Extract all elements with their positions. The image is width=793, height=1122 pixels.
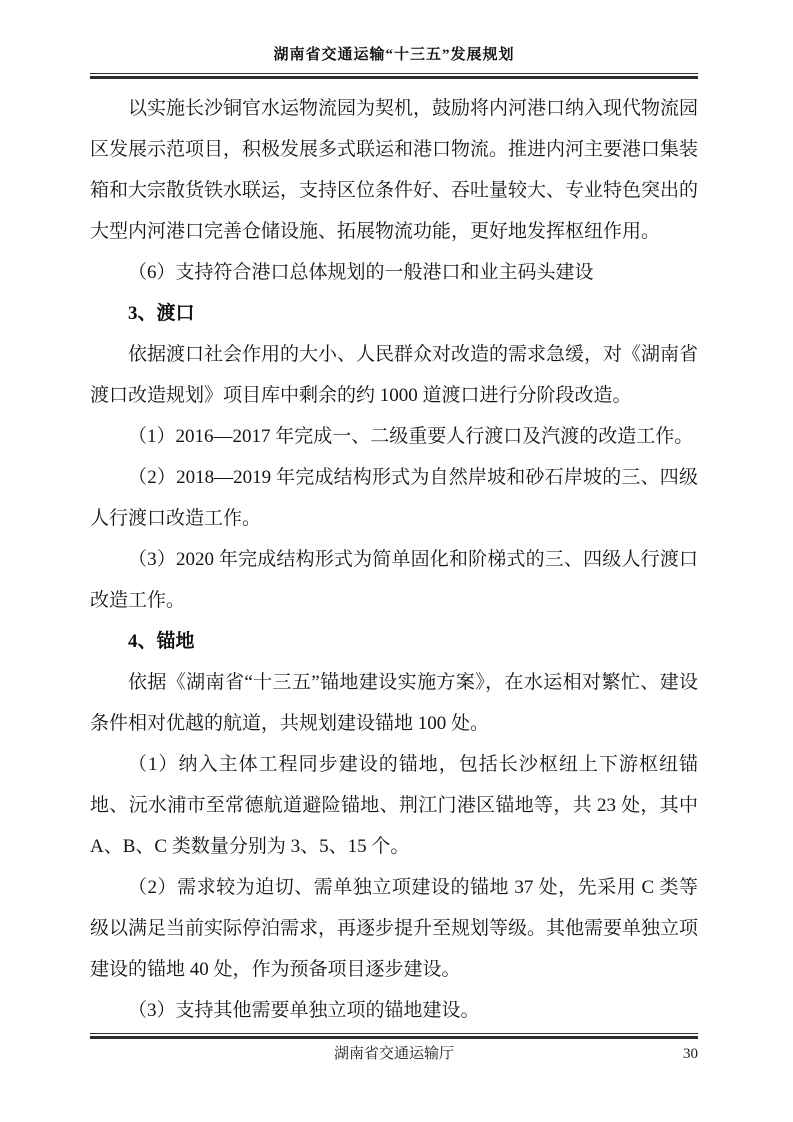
header-rule <box>90 73 698 79</box>
header-rule-thick-line <box>90 76 698 79</box>
document-page: 湖南省交通运输“十三五”发展规划 以实施长沙铜官水运物流园为契机，鼓励将内河港口… <box>0 0 793 1122</box>
page-footer: 湖南省交通运输厅 30 <box>90 1033 698 1066</box>
page-header: 湖南省交通运输“十三五”发展规划 <box>90 42 698 79</box>
section-heading-ferries: 3、渡口 <box>90 293 698 334</box>
paragraph: （3）2020 年完成结构形式为简单固化和阶梯式的三、四级人行渡口改造工作。 <box>90 539 698 621</box>
paragraph: （1）2016—2017 年完成一、二级重要人行渡口及汽渡的改造工作。 <box>90 416 698 457</box>
document-body: 以实施长沙铜官水运物流园为契机，鼓励将内河港口纳入现代物流园区发展示范项目，积极… <box>90 88 698 1031</box>
footer-rule <box>90 1033 698 1039</box>
footer-rule-thick-line <box>90 1036 698 1039</box>
footer-organization: 湖南省交通运输厅 <box>90 1042 698 1066</box>
header-title: 湖南省交通运输“十三五”发展规划 <box>90 42 698 68</box>
section-heading-anchorages: 4、锚地 <box>90 621 698 662</box>
page-number: 30 <box>683 1042 698 1066</box>
footer-row: 湖南省交通运输厅 30 <box>90 1042 698 1066</box>
paragraph: （2）2018—2019 年完成结构形式为自然岸坡和砂石岸坡的三、四级人行渡口改… <box>90 457 698 539</box>
paragraph: （2）需求较为迫切、需单独立项建设的锚地 37 处，先采用 C 类等级以满足当前… <box>90 867 698 990</box>
paragraph: （6）支持符合港口总体规划的一般港口和业主码头建设 <box>90 252 698 293</box>
paragraph: （1）纳入主体工程同步建设的锚地，包括长沙枢纽上下游枢纽锚地、沅水浦市至常德航道… <box>90 744 698 867</box>
paragraph: 依据渡口社会作用的大小、人民群众对改造的需求急缓，对《湖南省渡口改造规划》项目库… <box>90 334 698 416</box>
paragraph: （3）支持其他需要单独立项的锚地建设。 <box>90 990 698 1031</box>
paragraph: 依据《湖南省“十三五”锚地建设实施方案》，在水运相对繁忙、建设条件相对优越的航道… <box>90 662 698 744</box>
paragraph: 以实施长沙铜官水运物流园为契机，鼓励将内河港口纳入现代物流园区发展示范项目，积极… <box>90 88 698 252</box>
